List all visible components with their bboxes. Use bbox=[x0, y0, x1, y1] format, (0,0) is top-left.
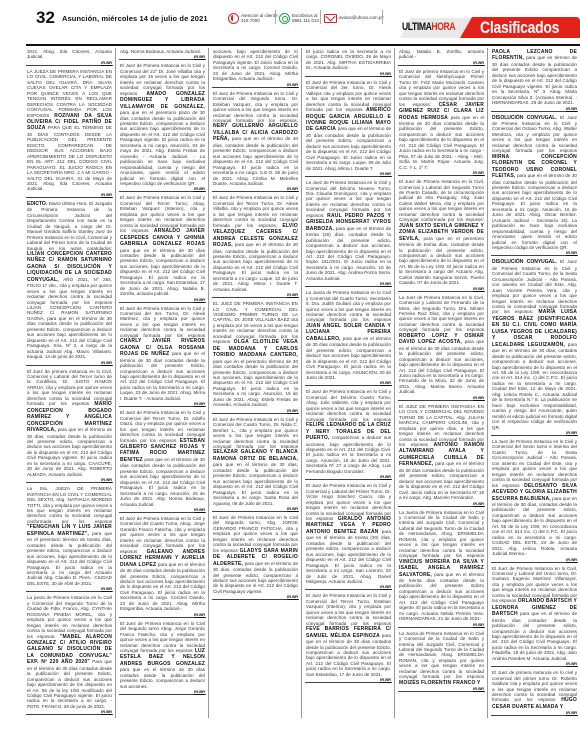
notice-text-continued: para que en el término de 30 días contad… bbox=[120, 667, 205, 688]
section-title: Clasificados bbox=[480, 18, 559, 38]
legal-notice: EDICTO. Diario Última Hora. El Juzgado d… bbox=[26, 200, 113, 366]
notice-reference-code: IR.BR bbox=[492, 710, 577, 715]
contact-phone: Atención al cliente: 415 7000 bbox=[228, 8, 279, 28]
notice-reference-code: IR.BR bbox=[27, 477, 112, 482]
notice-reference-code: IR.BR bbox=[120, 54, 205, 59]
legal-notice: Abg. Norma Bodeaux, Actuaria Judicial. I… bbox=[119, 48, 206, 60]
legal-notice: 2021. Abog. Ilda Cáceres, Actuaria Judic… bbox=[26, 48, 113, 66]
notice-text-continued: para que en el término de 30 días contad… bbox=[399, 461, 484, 500]
notice-text-continued: para que en el término de 30 días contad… bbox=[399, 115, 484, 170]
legal-notice: El Juez de Primera Instancia en lo Civil… bbox=[212, 194, 299, 298]
mail-icon bbox=[324, 14, 337, 23]
section-title-tab: Clasificados bbox=[460, 17, 580, 38]
contact-divider bbox=[275, 10, 276, 24]
legal-notice: LA JUEZA DE PRIMERA INSTANCIA EN LO CIVI… bbox=[26, 68, 113, 198]
contact-whatsapp-number[interactable]: 0981 111 013 bbox=[292, 18, 319, 23]
notice-text: La jueza de Primera Instancia en lo Civi… bbox=[27, 595, 112, 638]
column-2: Abg. Norma Bodeaux, Actuaria Judicial. I… bbox=[119, 48, 209, 718]
legal-notice: El Juez de Primera Instancia en lo Civil… bbox=[305, 482, 392, 590]
notice-reference-code: IR.BR bbox=[27, 360, 112, 365]
notice-reference-code: IR.BR bbox=[27, 586, 112, 591]
notice-text: EL JUEZ DE PRIMERA INSTANCIA EN LO CIVIL… bbox=[213, 301, 298, 344]
page-number: 32 bbox=[36, 8, 55, 28]
legal-notice: Abog. Natalia B. Zorrilla, actuaria judi… bbox=[398, 48, 485, 66]
notice-reference-code: IR.BR bbox=[306, 474, 391, 479]
notice-reference-code: IR.BR bbox=[213, 186, 298, 191]
column-4: El juicio radica en la secretaría a mi c… bbox=[305, 48, 395, 718]
legal-notice: El Juez de primera Instancia en lo civil… bbox=[491, 669, 578, 716]
notice-text-continued: para que en el término de 30 días contad… bbox=[306, 126, 391, 170]
notice-party-names: SELAZAR GALEANO Y BLANCA RAMONA ORTIZ DE… bbox=[213, 449, 298, 461]
notice-text-continued: para que en el término de 30 días contad… bbox=[120, 248, 205, 297]
notice-text: LA JUEZA DE PRIMERA INSTANCIA EN LO CIVI… bbox=[27, 69, 112, 118]
legal-notice: El Juez de Primera Instancia en lo Civil… bbox=[212, 90, 299, 193]
notice-text: acciones, bajo apercibimiento de lo disp… bbox=[213, 49, 298, 81]
legal-notice: EL JUEZ DE PRIMERA INSTANCIA EN LO CIVIL… bbox=[212, 300, 299, 414]
notice-reference-code: IR.BR bbox=[120, 507, 205, 512]
notice-text: El Juez de Primera Instancia en lo Civil… bbox=[120, 621, 205, 653]
notice-reference-code: IR.BR bbox=[492, 106, 577, 111]
legal-notice: La Sra. JUEZA DE PRIMERA INSTANCIA EN LO… bbox=[26, 485, 113, 592]
legal-notice: El Juez de primera Instancia en lo Civil… bbox=[398, 68, 485, 176]
notice-text: El juicio radica en la secretaría a mi c… bbox=[306, 49, 391, 70]
notice-reference-code: IR.BR bbox=[306, 171, 391, 176]
contact-divider bbox=[320, 10, 321, 24]
notice-text: 2021. Abog. Ilda Cáceres, Actuaria Judic… bbox=[27, 49, 112, 59]
notice-heading: DISOLUCIÓN CONYUGAL. bbox=[492, 259, 557, 265]
column-1: 2021. Abog. Ilda Cáceres, Actuaria Judic… bbox=[26, 48, 116, 718]
notice-text-continued: comparezcan a deducir sus acciones, bajo… bbox=[306, 435, 391, 474]
notice-heading: DISOLUCIÓN CONYUGAL. bbox=[492, 115, 557, 121]
header-rule bbox=[26, 44, 580, 46]
column-5: Abog. Natalia B. Zorrilla, actuaria judi… bbox=[398, 48, 488, 718]
legal-notice: El Juez de Primera Instancia en lo Civil… bbox=[119, 515, 206, 618]
notice-text: El Juez de Primera Instancia en lo Civil… bbox=[213, 91, 298, 123]
legal-notice: El Juez de Primera Instancia en lo Civil… bbox=[398, 178, 485, 292]
notice-reference-code: IR.BR bbox=[213, 506, 298, 511]
notice-reference-code: IR.BR bbox=[306, 71, 391, 76]
notice-text: Abg. Norma Bodeaux, Actuaria Judicial. bbox=[120, 49, 201, 54]
notice-reference-code: IR.BR bbox=[399, 170, 484, 175]
notice-text: El Juez de Primera Instancia en lo Civil… bbox=[492, 259, 577, 314]
notice-text-continued: para que en el término de treinta días c… bbox=[492, 611, 577, 661]
legal-notice: La Jueza de Primera Instancia en lo Civi… bbox=[398, 509, 485, 628]
notice-text-continued: para que en el perentorio término de tre… bbox=[27, 531, 112, 586]
notice-party-names: FEVE BARRIOS FERREIRA C/ SAMUEL MÉLIDA E… bbox=[306, 626, 391, 638]
legal-notice: El Juez de Primera Instancia en lo Civil… bbox=[119, 62, 206, 192]
notice-text-continued: para que en el término de 30 días, conta… bbox=[213, 242, 298, 292]
legal-notice: PAOLA LEZCANO DE FLORENTIN, para que en … bbox=[491, 48, 578, 112]
notice-text-continued: para que en el término de treinta (30) d… bbox=[306, 529, 391, 584]
notice-text: La Jueza de Primera Instancia en lo Civi… bbox=[306, 290, 391, 322]
legal-notice: El Juez de Primera Instancia en lo Civil… bbox=[491, 565, 578, 668]
notice-text-continued: para que en el término de 30 días contad… bbox=[306, 633, 391, 677]
notice-reference-code: IR.BR bbox=[399, 686, 484, 691]
contact-phone-number[interactable]: 415 7000 bbox=[241, 18, 260, 23]
legal-notice: El Juez de primera instancia en lo Civil… bbox=[26, 368, 113, 484]
notice-reference-code: IR.BR bbox=[213, 292, 298, 297]
notice-text-continued: para que en el término de 30 días, conta… bbox=[213, 136, 298, 186]
notice-reference-code: IR.BR bbox=[399, 622, 484, 627]
notice-reference-code: IR.BR bbox=[492, 430, 577, 435]
notice-text: La Jueza de Primera Instancia en lo Civi… bbox=[399, 631, 484, 680]
notice-text-continued: para que en término de 30 días contados … bbox=[492, 55, 577, 105]
page-header: 32 Asunción, miércoles 14 de julio de 20… bbox=[0, 0, 580, 36]
notice-reference-code: IR.BR bbox=[27, 709, 112, 714]
notice-text: La Juez de Primera Instancia en lo Civil… bbox=[399, 295, 484, 333]
legal-notice: El Juez de Primera Instancia en lo Civil… bbox=[119, 305, 206, 408]
legal-notice: El Juez de Primera Instancia en lo Civil… bbox=[305, 592, 392, 683]
notice-reference-code: IR.BR bbox=[399, 286, 484, 291]
notice-reference-code: IR.BR bbox=[306, 281, 391, 286]
notice-text: El Juez de Primera Instancia en lo Civil… bbox=[213, 417, 298, 449]
notice-text-continued: para que en el término de 30 días contad… bbox=[120, 457, 205, 507]
column-3: acciones, bajo apercibimiento de lo disp… bbox=[212, 48, 302, 718]
notice-text-continued: para que en el perentorio término de 30 … bbox=[213, 359, 298, 408]
notice-text-continued: para que en el perentorio plazo de 30 dí… bbox=[120, 110, 205, 186]
legal-notice: El Juez de Primera Instancia en lo Civil… bbox=[119, 409, 206, 513]
notice-text-continued: para que en el término de treinta días c… bbox=[399, 572, 484, 622]
notice-text-continued: para que en el término de treinta (30) d… bbox=[306, 226, 391, 281]
notice-text-continued: para que en el perentorio término de tre… bbox=[399, 236, 484, 286]
legal-notice: acciones, bajo apercibimiento de lo disp… bbox=[212, 48, 299, 88]
notice-text: La Sra. JUEZA DE PRIMERA INSTANCIA EN LO… bbox=[27, 486, 112, 524]
notice-reference-code: IR.BR bbox=[306, 584, 391, 589]
notice-reference-code: IR.BR bbox=[120, 186, 205, 191]
notice-text-continued: PARA QUE EL TÉRMINO DE 30 DÍAS CONTADOS … bbox=[27, 125, 112, 191]
legal-notice: El Juez de Primera Instancia en lo Civil… bbox=[212, 416, 299, 512]
brand-logo: ULTIMAHORA bbox=[402, 21, 455, 33]
contact-divider bbox=[382, 10, 383, 24]
legal-notice: La Jueza de Primera Instancia en lo Civi… bbox=[398, 630, 485, 693]
phone-icon bbox=[228, 13, 239, 24]
notice-reference-code: IR.BR bbox=[120, 401, 205, 406]
whatsapp-icon bbox=[279, 13, 290, 24]
notice-text-continued: para que en el término de 30 días contad… bbox=[120, 562, 205, 612]
legal-notice: El Juez de Primera Instancia en lo Civil… bbox=[119, 194, 206, 302]
legal-notice: El JUEZ DE PRIMERA INSTANCIA EN LO CIVIL… bbox=[398, 403, 485, 507]
notice-text-continued: para que en el término de 30 días contad… bbox=[399, 339, 484, 394]
notice-text: La Juez de Primera Instancia en lo Civil… bbox=[492, 439, 577, 488]
notice-reference-code: IR.BR bbox=[213, 594, 298, 599]
notice-reference-code: IR.BR bbox=[120, 612, 205, 617]
legal-notice: La Juez de Primera Instancia en lo Civil… bbox=[491, 438, 578, 563]
notice-text-continued: para que en el término de 30 días, conta… bbox=[213, 462, 298, 505]
notice-reference-code: IR.BR bbox=[399, 60, 484, 65]
contact-email-address[interactable]: avisos@uhora.com.py bbox=[339, 15, 384, 20]
notice-reference-code: IR.BR bbox=[399, 501, 484, 506]
legal-notice: El Juez de Primera Instancia en lo Civil… bbox=[119, 620, 206, 695]
notice-text-continued: para que en el término de 30 días, conta… bbox=[27, 427, 112, 477]
notice-reference-code: IR.BR bbox=[213, 82, 298, 87]
notice-text: El Juez de Primera Instancia en lo Civil… bbox=[306, 389, 391, 421]
notice-reference-code: IR.BR bbox=[120, 689, 205, 694]
contact-whatsapp: Escribinos al 0981 111 013 bbox=[279, 8, 319, 28]
legal-notice: La jueza de Primera Instancia en lo Civi… bbox=[26, 594, 113, 715]
notice-reference-code: IR.BR bbox=[306, 380, 391, 385]
legal-notice: La Juez de Primera Instancia en lo Civil… bbox=[398, 294, 485, 401]
legal-notice: El Juez de Primera Instancia en lo Civil… bbox=[305, 388, 392, 480]
legal-notice: DISOLUCIÓN CONYUGAL. El Juez de Primera … bbox=[491, 114, 578, 257]
notice-reference-code: IR.BR bbox=[213, 408, 298, 413]
notice-text: El Juez de Primera Instancia en lo Civil… bbox=[399, 179, 484, 222]
contact-whatsapp-label: Escribinos al bbox=[292, 13, 318, 18]
notice-party-names: MARÍA LUISA YEGROS BÁEZ (Identificada en… bbox=[492, 309, 577, 347]
legal-notice: El juicio radica en la secretaría a mi c… bbox=[305, 48, 392, 77]
notice-reference-code: IR.BR bbox=[492, 661, 577, 666]
notice-text: El Juez de Primera Instancia en lo Civil… bbox=[120, 306, 205, 338]
notice-reference-code: IR.BR bbox=[399, 395, 484, 400]
notice-reference-code: IR.BR bbox=[120, 297, 205, 302]
legal-notice: La Juez de Primera Instancia en lo Civil… bbox=[305, 179, 392, 287]
notice-text: La Jueza de Primera Instancia en lo Civi… bbox=[399, 510, 484, 559]
publication-date: Asunción, miércoles 14 de julio de 2021 bbox=[62, 14, 208, 23]
contact-phone-label: Atención al cliente: bbox=[241, 13, 279, 18]
notice-text-continued: Para que en el término de 30 días contad… bbox=[27, 659, 112, 709]
legal-notice: El Juez de Primera Instancia en lo Civil… bbox=[305, 79, 392, 177]
legal-notice: El Juez de Primera Instancia en lo Civil… bbox=[212, 514, 299, 600]
notice-text: Abog. Natalia B. Zorrilla, actuaria judi… bbox=[399, 49, 484, 59]
notice-reference-code: IR.BR bbox=[492, 557, 577, 562]
notice-party-names: MOIZÉS FLORENTIN FRANCO Y bbox=[399, 680, 481, 686]
notice-reference-code: IR.BR bbox=[27, 60, 112, 65]
notice-reference-code: IR.BR bbox=[306, 677, 391, 682]
legal-notice: La Jueza de Primera Instancia en lo Civi… bbox=[305, 289, 392, 386]
notice-text: El JUEZ DE PRIMERA INSTANCIA EN LO CIVIL… bbox=[399, 404, 484, 447]
notice-text-continued: AÑO 2021, Nº 284, FOLIO 17 vlto., cita y… bbox=[27, 277, 112, 359]
notice-text: Diario Última Hora. El Juzgado de Primer… bbox=[27, 201, 112, 251]
notice-text: El Juez de Primera Instancia en lo Civil… bbox=[492, 115, 577, 154]
notice-text-continued: para que en el término de 30 días, conta… bbox=[492, 496, 577, 557]
column-6: PAOLA LEZCANO DE FLORENTIN, para que en … bbox=[491, 48, 580, 718]
notice-text-continued: para que en el término de 30 días contad… bbox=[492, 173, 577, 250]
notice-reference-code: IR.BR bbox=[27, 192, 112, 197]
notice-text: El Juez de Primera Instancia en lo Civil… bbox=[306, 593, 391, 625]
legal-notice: DISOLUCIÓN CONYUGAL. El Juez de Primera … bbox=[491, 258, 578, 436]
notice-heading: EDICTO. bbox=[27, 201, 47, 207]
notice-text-continued: para que en el término de 30 días, conta… bbox=[492, 342, 577, 430]
classifieds-columns: 2021. Abog. Ilda Cáceres, Actuaria Judic… bbox=[26, 48, 580, 718]
notice-text-continued: para que en el término de 30 días contad… bbox=[306, 336, 391, 380]
contact-email: avisos@uhora.com.py bbox=[324, 8, 384, 28]
notice-reference-code: IR.BR bbox=[492, 250, 577, 255]
notice-text-continued: para que en el término de 30 días contad… bbox=[120, 351, 205, 401]
